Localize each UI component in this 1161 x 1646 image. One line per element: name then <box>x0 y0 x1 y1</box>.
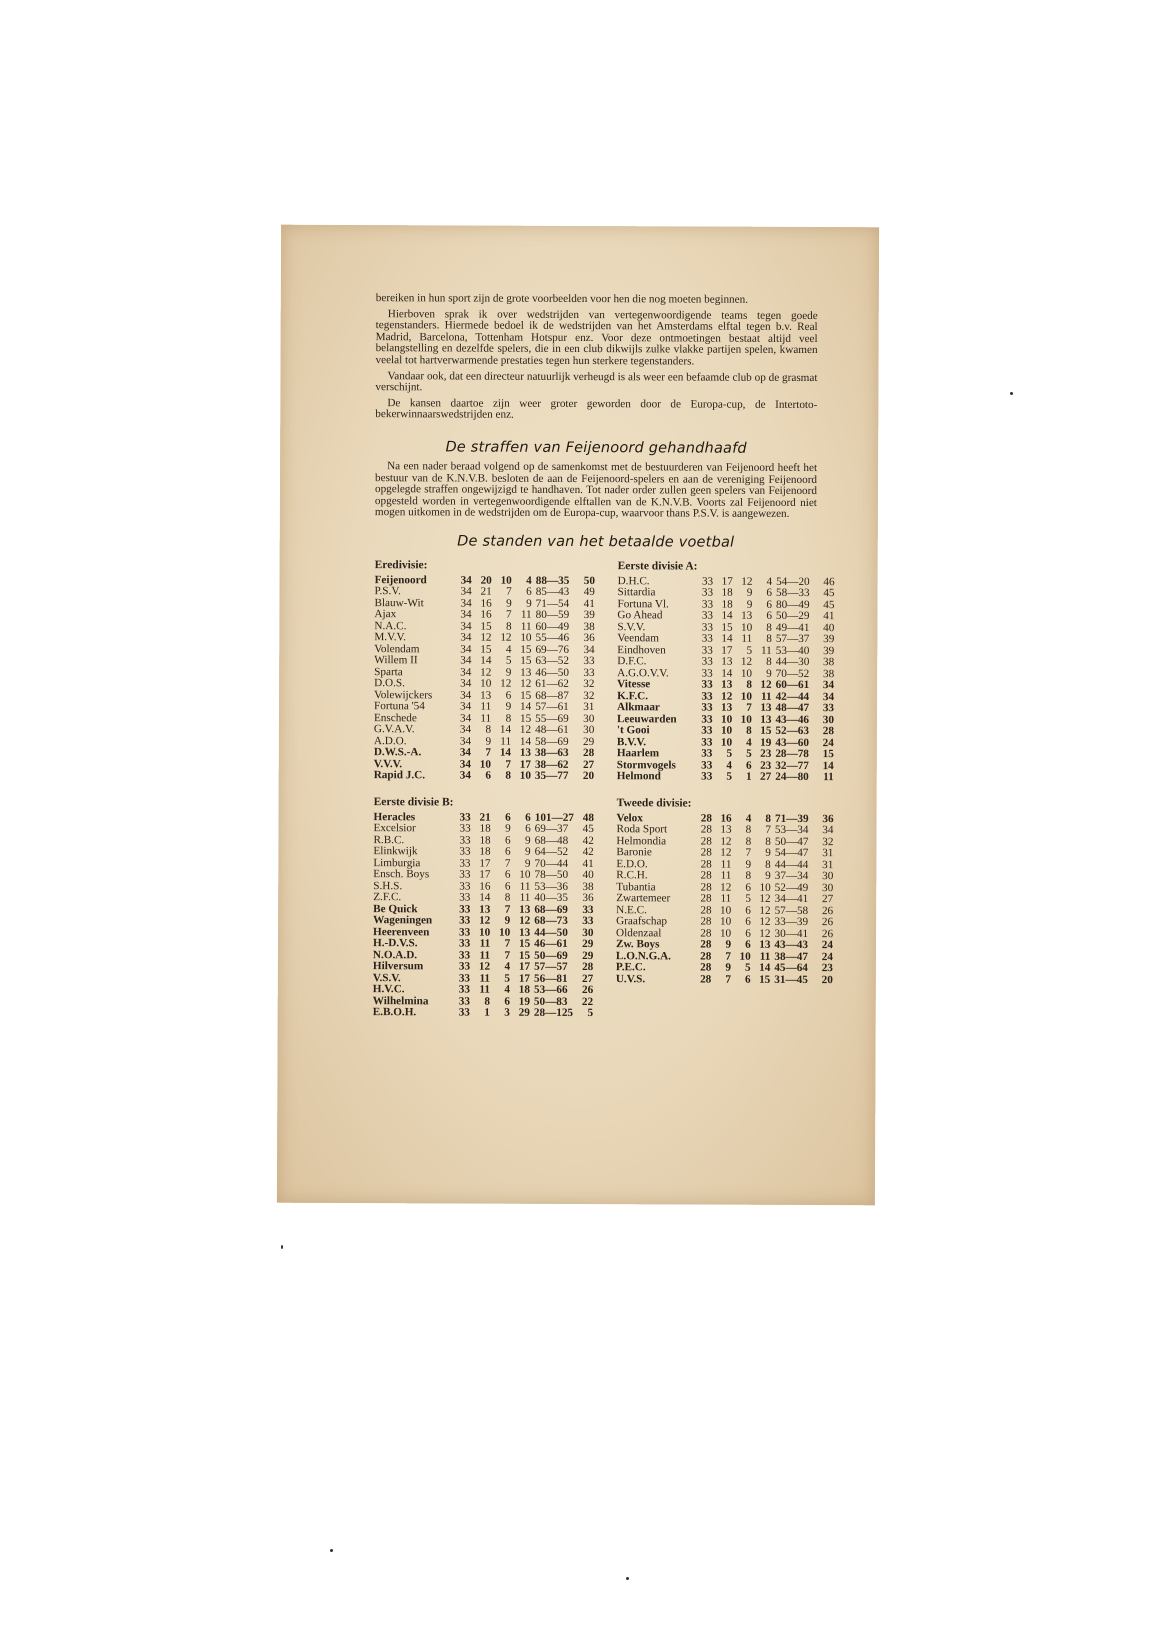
division-eerste-divisie-a: Eerste divisie A:D.H.C.331712454—2046Sit… <box>617 556 835 784</box>
division-eredivisie: Eredivisie:Feijenoord342010488—3550P.S.V… <box>374 555 600 783</box>
team-name: E.B.O.H. <box>373 1008 455 1020</box>
drawn: 6 <box>731 975 751 987</box>
won: 5 <box>712 772 732 784</box>
table-row: E.B.O.H.33132928—1255 <box>373 1008 593 1020</box>
article-paragraph: De kansen daartoe zijn weer groter gewor… <box>375 398 817 423</box>
team-name: U.V.S. <box>616 974 696 986</box>
won: 7 <box>711 974 731 986</box>
lost: 29 <box>510 1008 530 1020</box>
goals: 24—80 <box>771 772 818 784</box>
dust-speck <box>1010 392 1013 395</box>
article-paragraph: bereiken in hun sport zijn de grote voor… <box>376 293 818 307</box>
drawn: 8 <box>491 771 511 783</box>
division-tweede-divisie: Tweede divisie:Velox28164871—3936Roda Sp… <box>616 793 834 1021</box>
dust-speck <box>330 1549 333 1552</box>
team-name: Rapid J.C. <box>374 771 456 783</box>
goals: 31—45 <box>770 975 817 987</box>
played: 33 <box>697 772 712 784</box>
lost: 15 <box>751 975 771 987</box>
played: 33 <box>455 1008 470 1020</box>
points: 20 <box>579 771 594 783</box>
straffen-paragraph: Na een nader beraad volgend op de samenk… <box>375 461 817 521</box>
goals: 28—125 <box>530 1008 578 1020</box>
division-title: Eerste divisie B: <box>374 796 599 809</box>
division-title: Tweede divisie: <box>617 797 834 810</box>
division-eerste-divisie-b: Eerste divisie B:Heracles332166101—2748E… <box>373 792 599 1020</box>
standings-table: Velox28164871—3936Roda Sport28138753—343… <box>616 813 834 986</box>
straffen-section: De straffen van Feijenoord gehandhaafd N… <box>375 439 817 521</box>
division-title: Eerste divisie A: <box>618 560 835 573</box>
article-paragraph: Vandaar ook, dat een directeur natuurlij… <box>375 371 817 396</box>
division-title: Eredivisie: <box>375 559 600 572</box>
article-paragraph: Hierboven sprak ik over wedstrijden van … <box>376 309 818 369</box>
standings-heading: De standen van het betaalde voetbal <box>375 533 817 551</box>
team-name: Helmond <box>617 772 697 784</box>
table-row: Helmond33512724—8011 <box>617 772 834 784</box>
points: 11 <box>819 772 834 784</box>
dust-speck <box>281 1245 283 1249</box>
goals: 35—77 <box>531 771 579 783</box>
played: 34 <box>456 771 471 783</box>
program-page: bereiken in hun sport zijn de grote voor… <box>277 225 879 1206</box>
standings-table: Heracles332166101—2748Excelsior33189669—… <box>373 812 594 1020</box>
points: 20 <box>818 975 833 987</box>
lost: 10 <box>511 771 531 783</box>
drawn: 3 <box>490 1008 510 1020</box>
points: 5 <box>578 1008 593 1020</box>
article-section: bereiken in hun sport zijn de grote voor… <box>375 293 818 423</box>
table-row: U.V.S.28761531—4520 <box>616 974 833 986</box>
won: 1 <box>470 1008 490 1020</box>
standings-section: De standen van het betaalde voetbal Ered… <box>373 533 817 1031</box>
lost: 27 <box>752 772 772 784</box>
won: 6 <box>471 771 491 783</box>
dust-speck <box>626 1577 629 1580</box>
standings-grid: Eredivisie:Feijenoord342010488—3550P.S.V… <box>373 555 817 1031</box>
straffen-heading: De straffen van Feijenoord gehandhaafd <box>375 439 817 457</box>
played: 28 <box>696 974 711 986</box>
drawn: 1 <box>732 772 752 784</box>
standings-table: D.H.C.331712454—2046Sittardia33189658—33… <box>617 576 835 784</box>
standings-table: Feijenoord342010488—3550P.S.V.34217685—4… <box>374 575 595 783</box>
table-row: Rapid J.C.34681035—7720 <box>374 771 594 783</box>
page-content: bereiken in hun sport zijn de grote voor… <box>373 293 818 1031</box>
